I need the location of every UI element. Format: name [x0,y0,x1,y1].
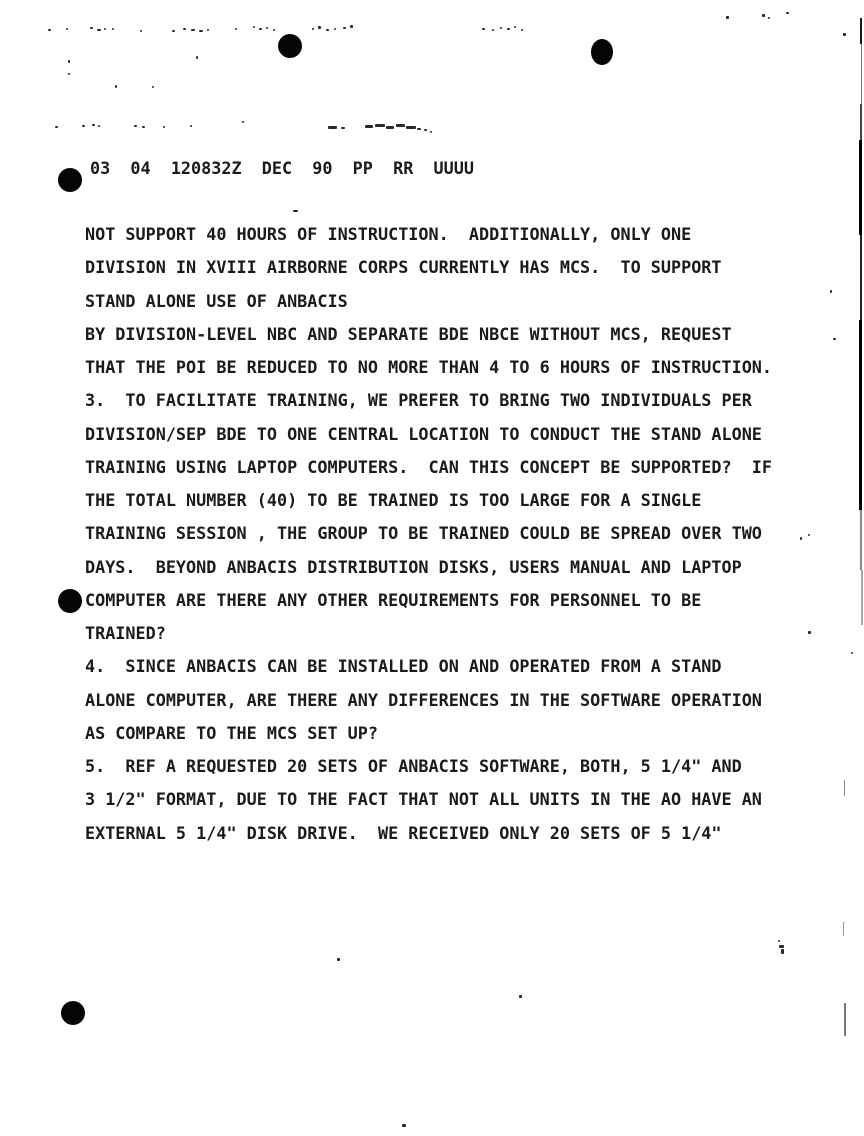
scan-speck [242,121,244,123]
scan-speck [196,56,198,59]
scan-speck [48,29,51,31]
scan-edge-line [844,1003,846,1036]
hole-punch-dot [278,34,302,58]
scan-speck [781,949,784,954]
scan-speck [762,14,765,17]
scanned-message-page: 03 04 120832Z DEC 90 PP RR UUUU NOT SUPP… [0,0,864,1136]
scan-edge-line [859,140,862,235]
scan-speck [514,26,516,28]
scan-speck [134,125,137,127]
scan-speck [386,126,394,129]
scan-speck [104,28,106,30]
scan-edge-line [860,235,862,320]
scan-edge-line [859,410,862,510]
scan-speck [92,124,95,126]
scan-speck [235,28,237,30]
scan-speck [726,16,729,19]
scan-speck [191,29,195,31]
scan-speck [843,33,846,36]
scan-speck [172,30,175,32]
scan-speck [97,29,101,31]
scan-speck [115,85,117,88]
message-body-text: NOT SUPPORT 40 HOURS OF INSTRUCTION. ADD… [85,218,772,850]
scan-speck [430,131,432,133]
scan-speck [112,28,114,30]
scan-speck [90,27,93,29]
hole-punch-dot [591,39,613,65]
scan-speck [68,73,70,75]
scan-speck [207,29,209,31]
scan-speck [833,338,836,340]
scan-edge-line [859,320,862,410]
scan-speck [341,127,345,129]
scan-speck [326,29,329,31]
message-header-line: 03 04 120832Z DEC 90 PP RR UUUU [90,158,474,178]
scan-speck [768,17,770,19]
scan-speck [266,27,268,29]
scan-speck [343,27,346,29]
scan-speck [199,30,203,32]
scan-speck [396,124,405,127]
scan-speck [163,126,165,128]
scan-speck [424,129,427,131]
scan-edge-line [860,104,862,140]
scan-speck [365,125,373,128]
scan-speck [779,945,784,948]
scan-speck [808,631,811,634]
scan-speck [375,124,385,127]
scan-speck [273,29,275,31]
scan-speck [334,28,336,30]
scan-speck [66,28,68,30]
scan-speck [800,537,802,540]
scan-speck [328,126,337,129]
scan-speck [183,28,186,30]
scan-speck [259,28,262,30]
scan-speck [253,26,255,28]
scan-speck [350,25,353,28]
scan-speck [190,125,192,127]
scan-speck [500,27,502,29]
scan-edge-line [843,922,844,936]
scan-edge-line [861,570,863,625]
scan-speck [140,30,142,32]
hole-punch-dot [58,168,82,192]
scan-speck [406,126,416,129]
hole-punch-dot [58,589,82,613]
scan-edge-line [844,780,845,796]
scan-speck [293,210,298,212]
scan-speck [482,28,485,30]
scan-speck [98,125,100,127]
scan-edge-line [860,510,862,570]
scan-speck [830,290,832,293]
scan-speck [142,126,145,128]
scan-speck [402,1124,406,1127]
scan-speck [152,86,154,88]
scan-speck [851,652,853,654]
scan-speck [337,958,340,961]
scan-speck [778,940,780,942]
scan-speck [808,534,810,536]
scan-speck [521,29,523,31]
scan-edge-line [861,44,862,104]
hole-punch-dot [61,1001,85,1025]
scan-speck [55,126,58,128]
scan-edge-line [860,18,862,44]
scan-speck [417,128,421,130]
scan-speck [786,12,789,14]
scan-speck [82,125,85,127]
scan-speck [312,28,314,30]
scan-speck [318,26,321,29]
scan-speck [507,28,510,30]
scan-speck [519,995,522,998]
scan-speck [492,29,494,31]
scan-speck [68,60,70,63]
